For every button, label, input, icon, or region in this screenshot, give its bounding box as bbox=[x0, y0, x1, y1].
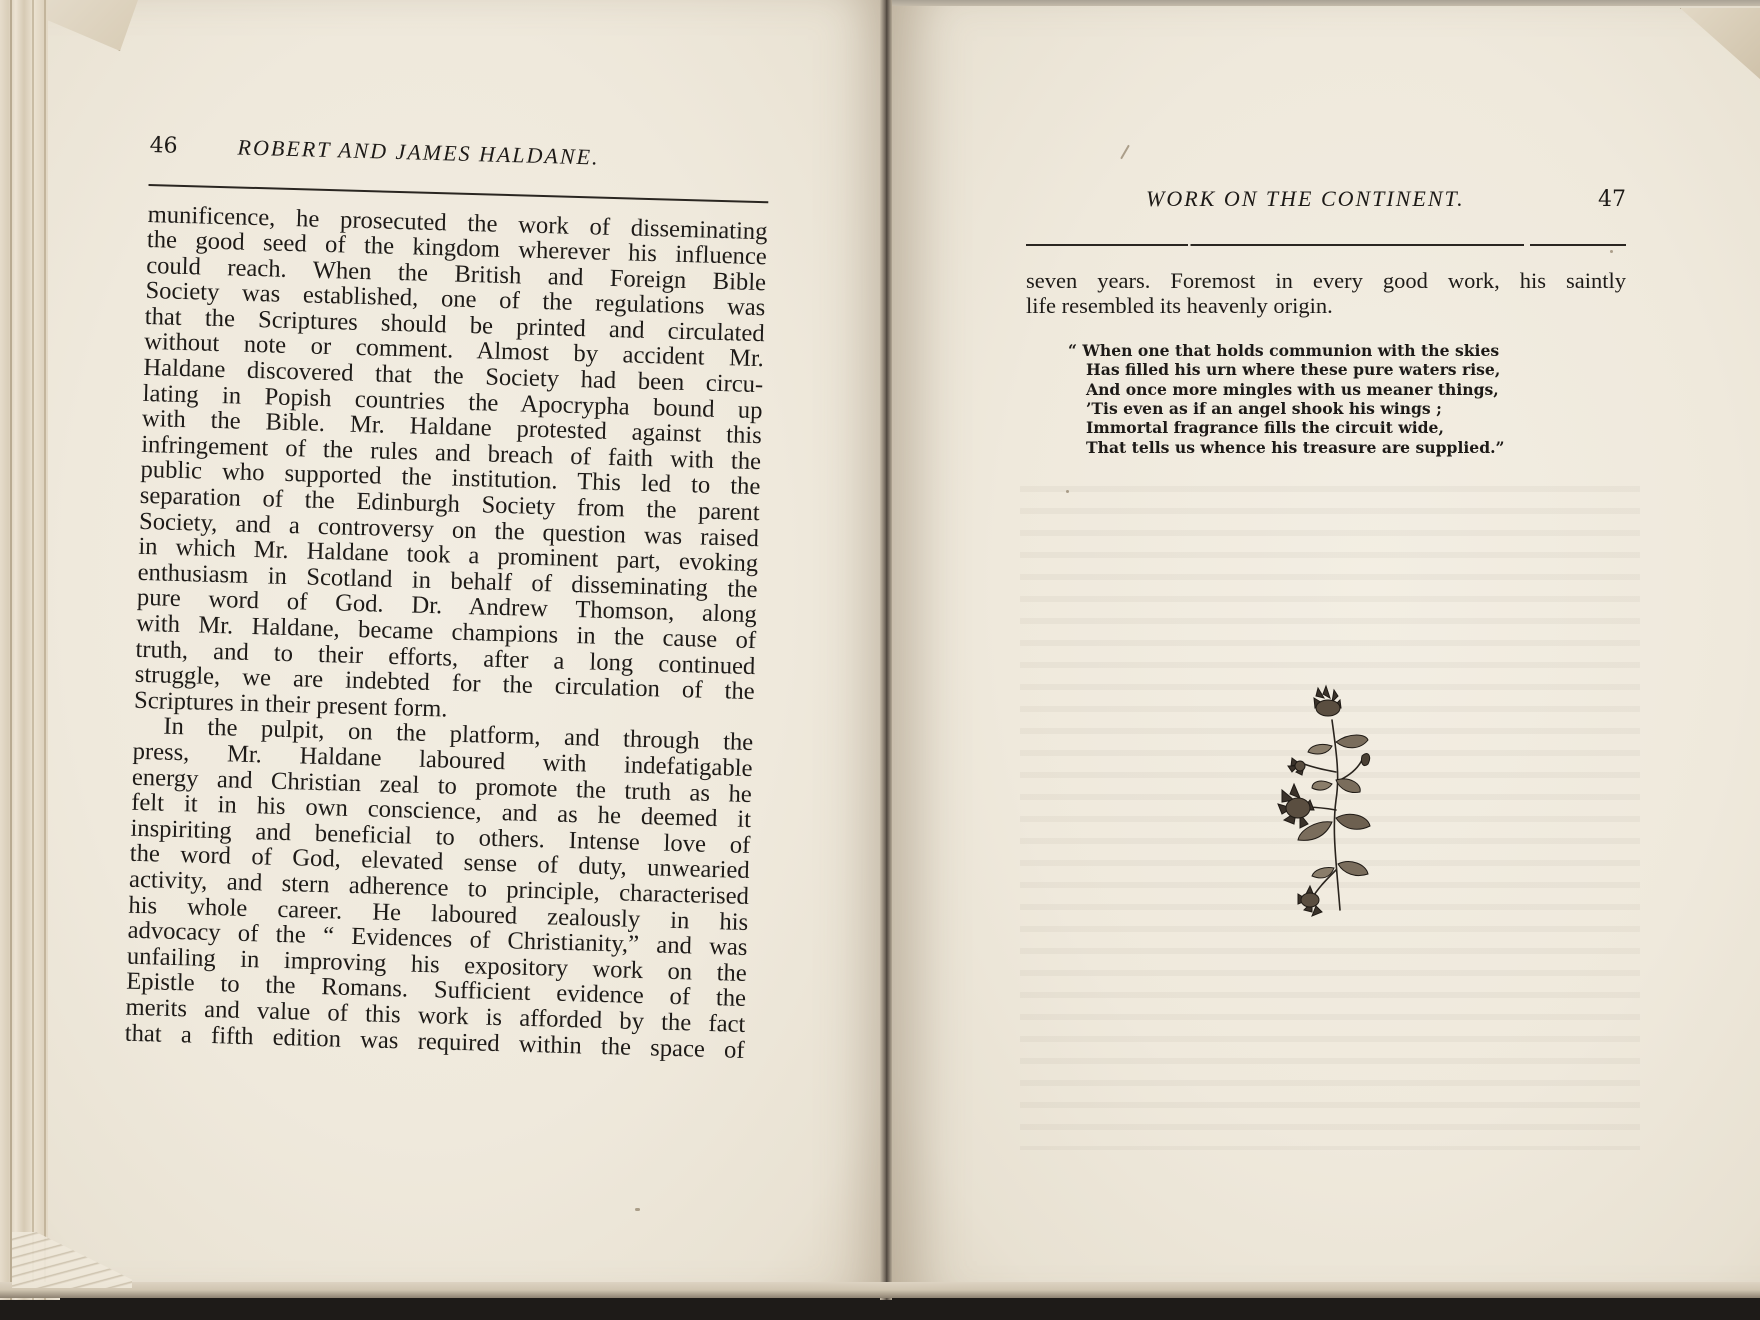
page-number-right: 47 bbox=[1598, 187, 1626, 212]
chapter-running-title-right: WORK ON THE CONTINENT. bbox=[1146, 186, 1465, 212]
text-line: life resembled its heavenly origin. bbox=[1026, 293, 1626, 319]
honeysuckle-ornament-icon bbox=[1270, 680, 1390, 930]
page-number-left: 46 bbox=[149, 133, 178, 159]
poem-verse: That tells us whence his treasure are su… bbox=[1086, 438, 1626, 457]
poem-verse: Immortal fragrance fills the circuit wid… bbox=[1086, 418, 1626, 437]
book-gutter bbox=[880, 0, 892, 1300]
right-body-text: seven years. Foremost in every good work… bbox=[1026, 268, 1626, 319]
poem-quotation: “ When one that holds communion with the… bbox=[1086, 341, 1626, 457]
left-body-text: munificence, he prosecuted the work of d… bbox=[124, 201, 767, 1063]
poem-verse: And once more mingles with us meaner thi… bbox=[1086, 380, 1626, 399]
text-line: seven years. Foremost in every good work… bbox=[1026, 268, 1626, 294]
poem-verse: ’Tis even as if an angel shook his wings… bbox=[1086, 399, 1626, 418]
book-scan: 46 ROBERT AND JAMES HALDANE. munificence… bbox=[0, 0, 1760, 1320]
paper-speck bbox=[635, 1208, 640, 1211]
poem-verse: “ When one that holds communion with the… bbox=[1068, 341, 1626, 360]
poem-verse: Has filled his urn where these pure wate… bbox=[1086, 360, 1626, 379]
right-running-head: WORK ON THE CONTINENT. 47 bbox=[1026, 186, 1626, 230]
left-page-content: 46 ROBERT AND JAMES HALDANE. munificence… bbox=[124, 132, 769, 1063]
right-page-content: WORK ON THE CONTINENT. 47 seven years. F… bbox=[1026, 186, 1626, 457]
head-rule-right bbox=[1026, 244, 1626, 246]
bottom-page-edge bbox=[0, 1282, 1760, 1298]
